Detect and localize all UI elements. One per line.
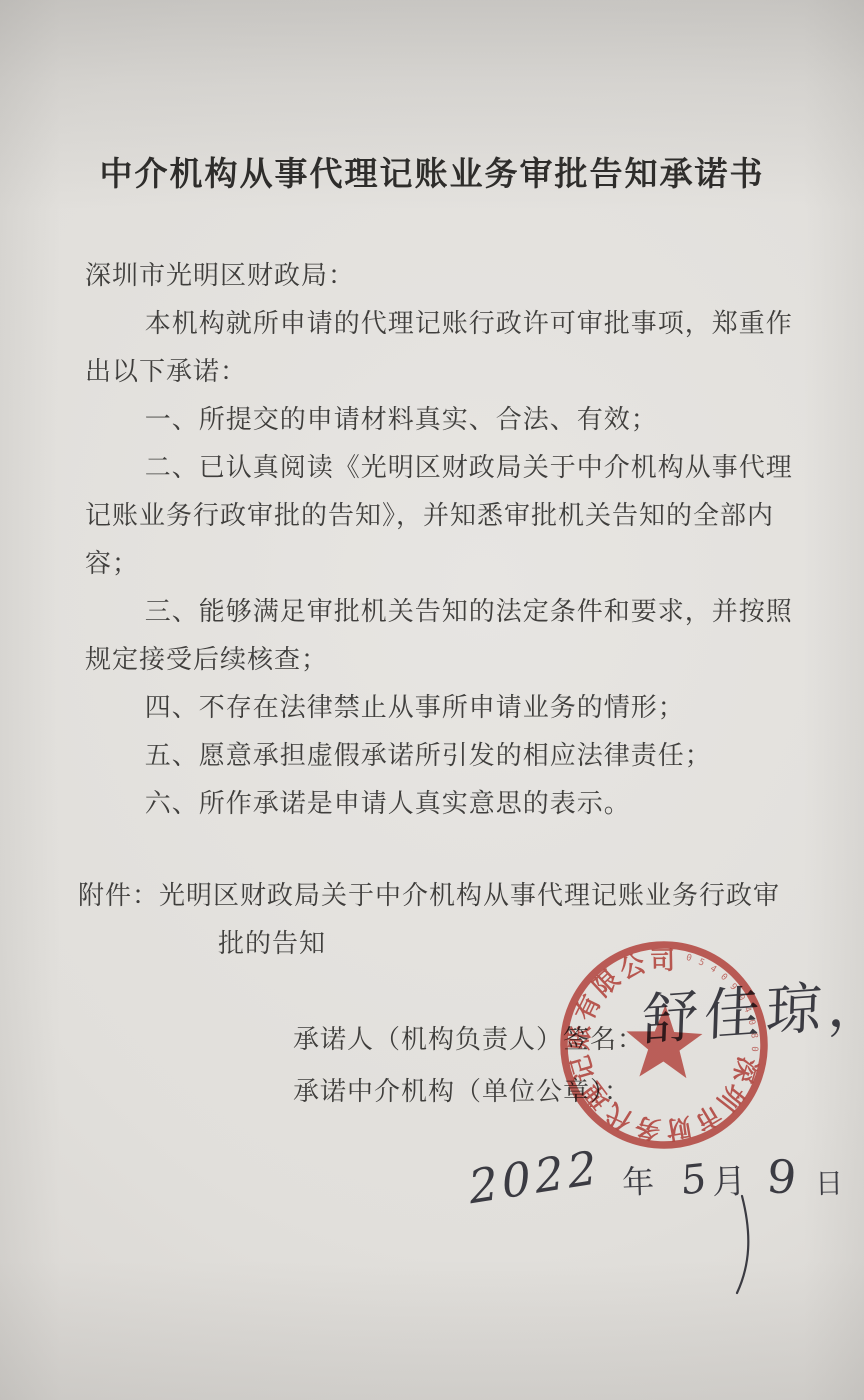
body-line: 四、不存在法律禁止从事所申请业务的情形； (85, 684, 786, 732)
svg-text:8: 8 (748, 1032, 759, 1038)
date-day-label: 日 (815, 1162, 844, 1202)
svg-text:4: 4 (741, 1005, 752, 1014)
date-year: 2022 (466, 1139, 602, 1215)
svg-text:4: 4 (708, 964, 718, 975)
attachment-line: 附件：光明区财政局关于中介机构从事代理记账业务行政审 (78, 872, 804, 920)
svg-text:深: 深 (727, 1054, 761, 1086)
body-line: 记账业务行政审批的告知》，并知悉审批机关告知的全部内 (85, 492, 786, 540)
svg-text:9: 9 (727, 982, 738, 993)
body-text: 深圳市光明区财政局：本机构就所申请的代理记账行政许可审批事项，郑重作出以下承诺：… (85, 252, 786, 828)
body-line: 六、所作承诺是申请人真实意思的表示。 (85, 780, 786, 828)
handwritten-date: 2022 年 5 月 9 日 (468, 1150, 843, 1204)
svg-text:财: 财 (664, 1112, 693, 1144)
svg-text:司: 司 (650, 947, 676, 975)
date-month: 5 (681, 1155, 708, 1204)
company-seal: 深圳市财务代理记账有限公司 0540904080 (544, 925, 784, 1165)
body-line: 本机构就所申请的代理记账行政许可审批事项，郑重作 (85, 300, 786, 348)
svg-text:0: 0 (718, 972, 729, 983)
body-line: 二、已认真阅读《光明区财政局关于中介机构从事代理 (85, 444, 786, 492)
svg-text:务: 务 (633, 1111, 663, 1144)
svg-text:0: 0 (749, 1046, 759, 1052)
svg-text:0: 0 (685, 953, 693, 964)
document-photo: 中介机构从事代理记账业务审批告知承诺书 深圳市光明区财政局：本机构就所申请的代理… (0, 0, 864, 1400)
body-line: 一、所提交的申请材料真实、合法、有效； (85, 396, 786, 444)
date-year-label: 年 (621, 1156, 655, 1203)
svg-text:记: 记 (566, 1052, 600, 1084)
body-line: 规定接受后续核查； (85, 636, 786, 684)
body-line: 五、愿意承担虚假承诺所引发的相应法律责任； (85, 732, 786, 780)
page-title: 中介机构从事代理记账业务审批告知承诺书 (0, 148, 864, 195)
svg-text:5: 5 (697, 957, 706, 968)
svg-text:0: 0 (735, 993, 746, 1003)
body-line: 出以下承诺： (85, 348, 786, 396)
seal-star-icon (625, 1004, 704, 1079)
date-month-label: 月 (711, 1153, 747, 1203)
svg-text:0: 0 (746, 1019, 757, 1027)
body-line: 深圳市光明区财政局： (85, 252, 786, 300)
body-line: 容； (85, 540, 786, 588)
body-line: 三、能够满足审批机关告知的法定条件和要求，并按照 (85, 588, 786, 636)
date-day: 9 (764, 1149, 799, 1206)
svg-text:账: 账 (565, 1024, 595, 1051)
